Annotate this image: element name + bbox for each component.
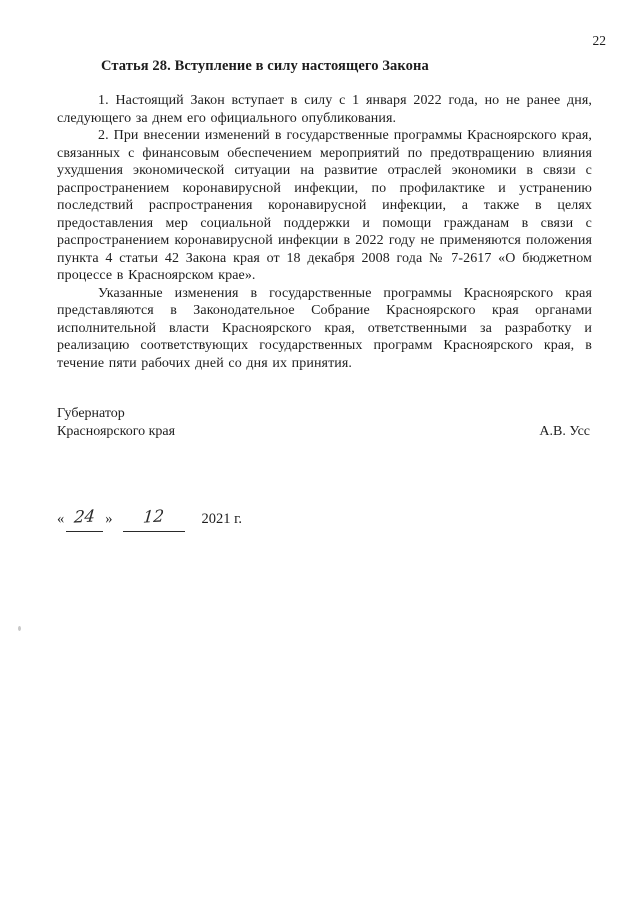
signature-position-line1: Губернатор [57, 405, 175, 423]
signature-position: Губернатор Красноярского края [57, 405, 175, 440]
signature-position-line2: Красноярского края [57, 423, 175, 441]
paragraph-3: Указанные изменения в государственные пр… [57, 285, 592, 373]
document-page: 22 Статья 28. Вступление в силу настояще… [0, 0, 636, 905]
date-open-quote: « [57, 511, 64, 527]
date-month-field: 12 [123, 506, 185, 532]
date-day-field: 24 [66, 506, 103, 532]
date-line: «24»122021 г. [57, 506, 242, 532]
handwritten-day: 24 [73, 504, 96, 529]
signature-block: Губернатор Красноярского края А.В. Усс [57, 405, 590, 440]
date-close-quote: » [105, 511, 112, 527]
paragraph-1: 1. Настоящий Закон вступает в силу с 1 я… [57, 92, 592, 127]
document-body: Статья 28. Вступление в силу настоящего … [57, 57, 592, 372]
signature-name: А.В. Усс [539, 423, 590, 441]
scan-artifact-dot [18, 626, 21, 631]
article-title: Статья 28. Вступление в силу настоящего … [57, 57, 592, 75]
page-number: 22 [593, 33, 607, 48]
handwritten-month: 12 [142, 504, 165, 529]
date-year-label: 2021 г. [202, 511, 243, 527]
paragraph-2: 2. При внесении изменений в государствен… [57, 127, 592, 285]
